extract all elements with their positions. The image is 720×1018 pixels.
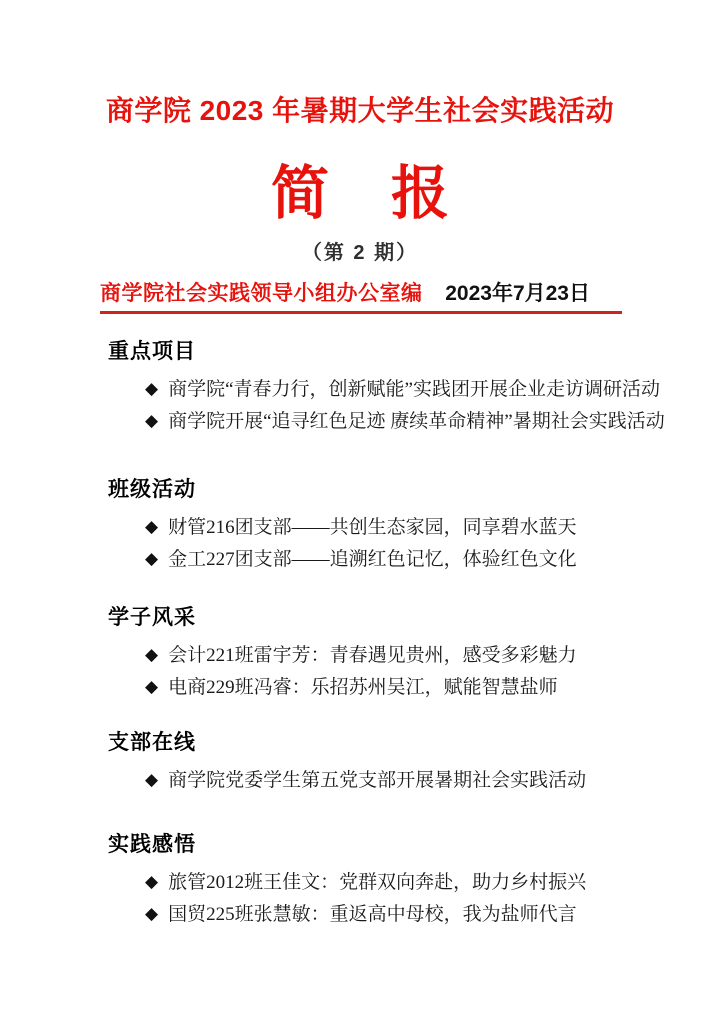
list-item-text: 会计221班雷宇芳：青春遇见贵州，感受多彩魅力 [168,645,577,666]
list-item: ◆商学院“青春力行，创新赋能”实践团开展企业走访调研活动 [145,374,660,406]
list-item-text: 国贸225班张慧敏：重返高中母校，我为盐师代言 [168,904,577,925]
diamond-bullet-icon: ◆ [145,765,158,796]
masthead-char-right: 报 [391,161,449,226]
section-branch-online: 支部在线 ◆商学院党委学生第五党支部开展暑期社会实践活动 [108,729,660,797]
list-item: ◆财管216团支部——共创生态家园，同享碧水蓝天 [145,512,660,544]
document-page: 商学院 2023 年暑期大学生社会实践活动 简报 （第 2 期） 商学院社会实践… [0,0,720,1018]
section-practice-reflections: 实践感悟 ◆旅管2012班王佳文：党群双向奔赴，助力乡村振兴 ◆国贸225班张慧… [108,831,660,931]
list-item-text: 金工227团支部——追溯红色记忆，体验红色文化 [168,549,577,570]
diamond-bullet-icon: ◆ [145,672,158,703]
list-item-text: 商学院开展“追寻红色足迹 赓续革命精神”暑期社会实践活动 [168,411,665,432]
section-title: 学子风采 [108,604,660,631]
list-item: ◆国贸225班张慧敏：重返高中母校，我为盐师代言 [145,899,660,931]
masthead-char-left: 简 [271,161,329,226]
list-item: ◆商学院党委学生第五党支部开展暑期社会实践活动 [145,765,660,797]
publish-date: 2023年7月23日 [445,281,590,307]
editor-line: 商学院社会实践领导小组办公室编 2023年7月23日 [100,281,620,307]
list-item: ◆会计221班雷宇芳：青春遇见贵州，感受多彩魅力 [145,640,660,672]
list-item: ◆旅管2012班王佳文：党群双向奔赴，助力乡村振兴 [145,867,660,899]
diamond-bullet-icon: ◆ [145,899,158,930]
section-class-activities: 班级活动 ◆财管216团支部——共创生态家园，同享碧水蓝天 ◆金工227团支部—… [108,476,660,576]
diamond-bullet-icon: ◆ [145,640,158,671]
diamond-bullet-icon: ◆ [145,867,158,898]
issue-number: （第 2 期） [0,240,720,266]
diamond-bullet-icon: ◆ [145,512,158,543]
editor-name: 商学院社会实践领导小组办公室编 [100,281,423,307]
section-title: 实践感悟 [108,831,660,858]
list-item-text: 商学院“青春力行，创新赋能”实践团开展企业走访调研活动 [168,379,660,400]
section-title: 支部在线 [108,729,660,756]
diamond-bullet-icon: ◆ [145,406,158,437]
section-title: 班级活动 [108,476,660,503]
diamond-bullet-icon: ◆ [145,374,158,405]
section-items: ◆旅管2012班王佳文：党群双向奔赴，助力乡村振兴 ◆国贸225班张慧敏：重返高… [108,867,660,931]
section-items: ◆商学院党委学生第五党支部开展暑期社会实践活动 [108,765,660,797]
section-items: ◆会计221班雷宇芳：青春遇见贵州，感受多彩魅力 ◆电商229班冯睿：乐招苏州吴… [108,640,660,704]
section-key-projects: 重点项目 ◆商学院“青春力行，创新赋能”实践团开展企业走访调研活动 ◆商学院开展… [108,338,660,438]
red-divider [100,311,622,314]
list-item: ◆电商229班冯睿：乐招苏州吴江，赋能智慧盐师 [145,672,660,704]
list-item-text: 电商229班冯睿：乐招苏州吴江，赋能智慧盐师 [168,677,558,698]
section-items: ◆财管216团支部——共创生态家园，同享碧水蓝天 ◆金工227团支部——追溯红色… [108,512,660,576]
list-item: ◆商学院开展“追寻红色足迹 赓续革命精神”暑期社会实践活动 [145,406,660,438]
diamond-bullet-icon: ◆ [145,544,158,575]
list-item-text: 财管216团支部——共创生态家园，同享碧水蓝天 [168,517,577,538]
section-items: ◆商学院“青春力行，创新赋能”实践团开展企业走访调研活动 ◆商学院开展“追寻红色… [108,374,660,438]
list-item-text: 旅管2012班王佳文：党群双向奔赴，助力乡村振兴 [168,872,586,893]
sections-container: 重点项目 ◆商学院“青春力行，创新赋能”实践团开展企业走访调研活动 ◆商学院开展… [108,338,660,931]
document-title: 商学院 2023 年暑期大学生社会实践活动 [0,94,720,128]
list-item: ◆金工227团支部——追溯红色记忆，体验红色文化 [145,544,660,576]
masthead: 简报 [0,164,720,224]
section-student-style: 学子风采 ◆会计221班雷宇芳：青春遇见贵州，感受多彩魅力 ◆电商229班冯睿：… [108,604,660,704]
section-title: 重点项目 [108,338,660,365]
list-item-text: 商学院党委学生第五党支部开展暑期社会实践活动 [168,770,586,791]
